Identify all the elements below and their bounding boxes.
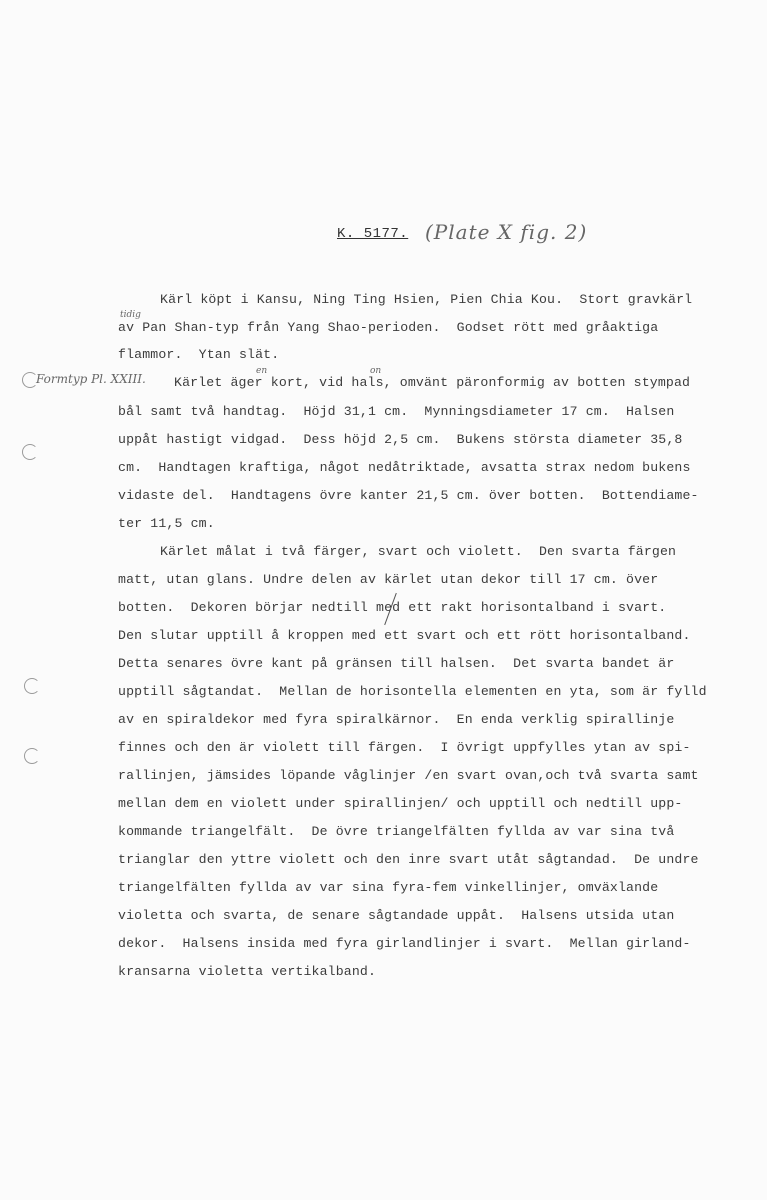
- text-line: dekor. Halsens insida med fyra girlandli…: [118, 936, 691, 951]
- text-line: av Pan Shan-typ från Yang Shao-perioden.…: [118, 320, 658, 335]
- text-line: kransarna violetta vertikalband.: [118, 964, 376, 979]
- text-line: Kärlet målat i två färger, svart och vio…: [160, 544, 676, 559]
- handwritten-margin-note: Formtyp Pl. XXIII.: [36, 372, 146, 386]
- text-line: Kärl köpt i Kansu, Ning Ting Hsien, Pien…: [160, 292, 692, 307]
- text-line: cm. Handtagen kraftiga, något nedåtrikta…: [118, 460, 691, 475]
- text-line: av en spiraldekor med fyra spiralkärnor.…: [118, 712, 674, 727]
- handwritten-insertion: tidig: [120, 310, 141, 320]
- text-line: uppåt hastigt vidgad. Dess höjd 2,5 cm. …: [118, 432, 682, 447]
- text-line: finnes och den är violett till färgen. I…: [118, 740, 691, 755]
- text-line: Detta senares övre kant på gränsen till …: [118, 656, 674, 671]
- text-line: Den slutar upptill å kroppen med ett sva…: [118, 628, 691, 643]
- text-line: trianglar den yttre violett och den inre…: [118, 852, 699, 867]
- punch-hole-icon: [24, 748, 40, 764]
- text-line: matt, utan glans. Undre delen av kärlet …: [118, 572, 658, 587]
- text-line: ter 11,5 cm.: [118, 516, 215, 531]
- handwritten-plate-reference: (Plate X fig. 2): [425, 220, 587, 244]
- text-line: rallinjen, jämsides löpande våglinjer /e…: [118, 768, 699, 783]
- document-page: K. 5177. (Plate X fig. 2) Formtyp Pl. XX…: [0, 0, 767, 1200]
- text-line: bål samt två handtag. Höjd 31,1 cm. Mynn…: [118, 404, 674, 419]
- text-line: Kärlet äger kort, vid hals, omvänt päron…: [174, 375, 690, 390]
- text-line: botten. Dekoren börjar nedtill med ett r…: [118, 600, 666, 615]
- text-line: triangelfälten fyllda av var sina fyra-f…: [118, 880, 658, 895]
- punch-hole-icon: [24, 678, 40, 694]
- text-line: flammor. Ytan slät.: [118, 347, 279, 362]
- text-line: vidaste del. Handtagens övre kanter 21,5…: [118, 488, 699, 503]
- text-line: mellan dem en violett under spirallinjen…: [118, 796, 682, 811]
- text-line: violetta och svarta, de senare sågtandad…: [118, 908, 674, 923]
- text-line: kommande triangelfält. De övre triangelf…: [118, 824, 674, 839]
- catalog-number-heading: K. 5177.: [337, 226, 408, 242]
- punch-hole-icon: [22, 444, 38, 460]
- text-line: upptill sågtandat. Mellan de horisontell…: [118, 684, 707, 699]
